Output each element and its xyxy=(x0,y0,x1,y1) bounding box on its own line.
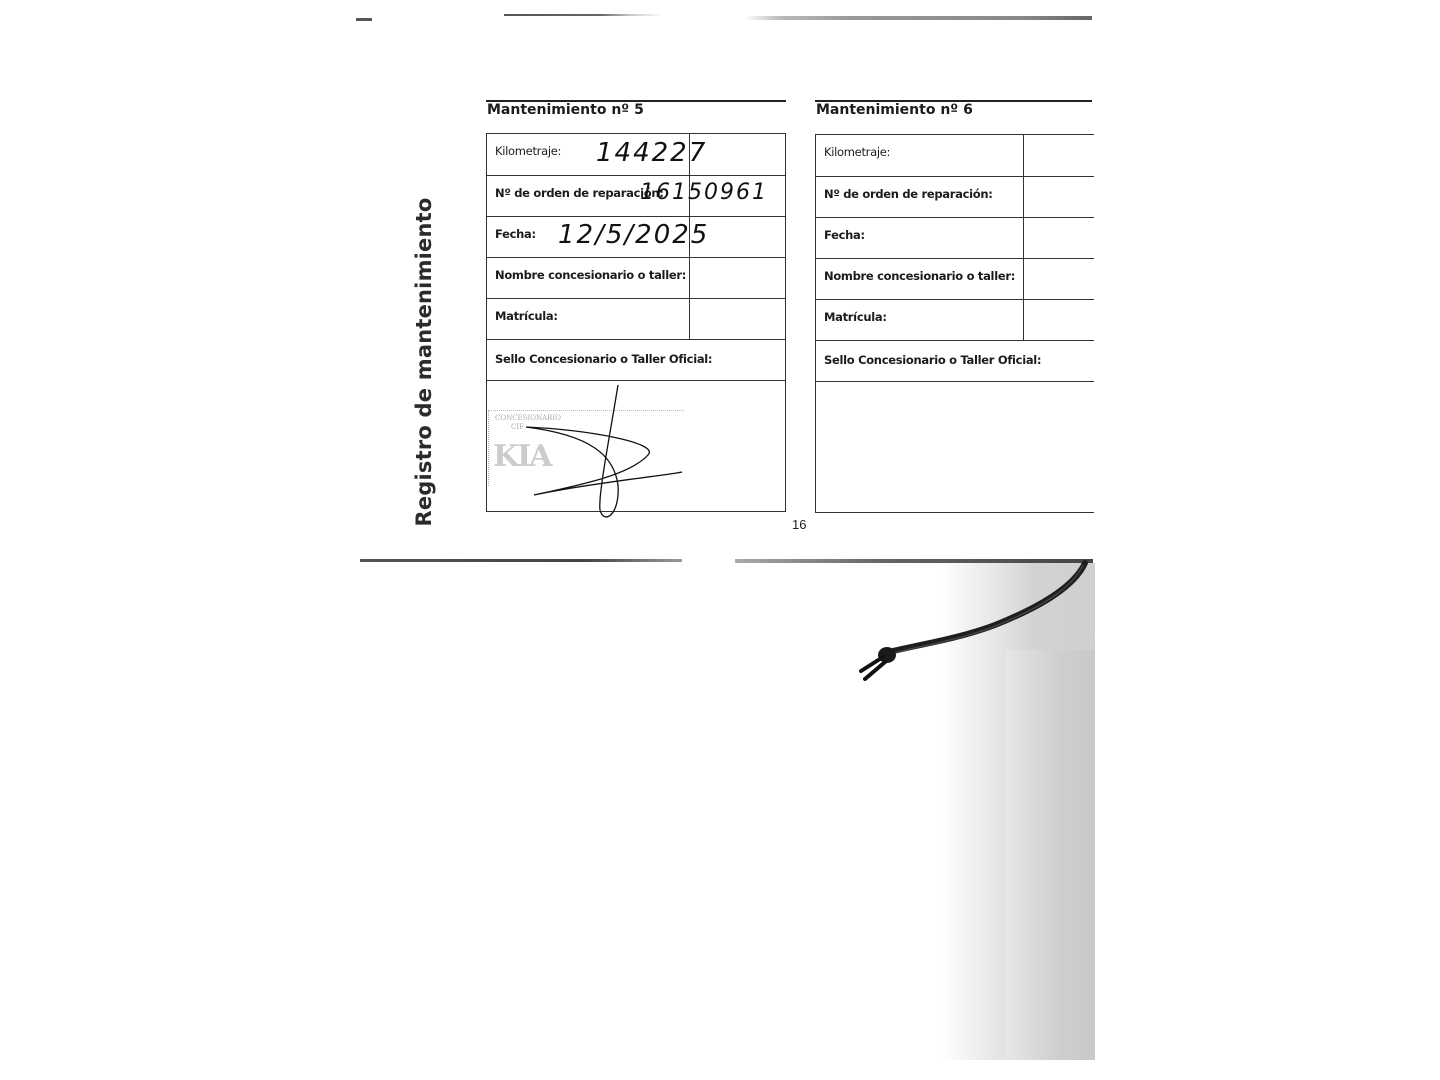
side-heading: Registro de mantenimiento xyxy=(412,197,436,526)
field-label: Nº de orden de reparación: xyxy=(495,186,664,200)
scan-shadow-strip xyxy=(1005,650,1095,1060)
field-kilometraje: Kilometraje: xyxy=(816,135,1105,177)
page-number: 16 xyxy=(792,517,806,532)
field-matricula: Matrícula: xyxy=(487,299,785,340)
scan-edge-top-right xyxy=(745,16,1092,20)
card-5-title: Mantenimiento nº 5 xyxy=(487,102,644,118)
cord-image xyxy=(845,555,1095,695)
card-6-form: Kilometraje: Nº de orden de reparación: … xyxy=(815,134,1105,513)
field-label: Sello Concesionario o Taller Oficial: xyxy=(495,352,712,366)
field-sello-label: Sello Concesionario o Taller Oficial: xyxy=(816,341,1105,382)
field-fecha: Fecha: xyxy=(816,218,1105,259)
column-divider xyxy=(1023,218,1024,259)
page-crop-mask xyxy=(1094,90,1440,560)
field-label: Fecha: xyxy=(824,228,865,242)
signature xyxy=(480,375,800,525)
handwritten-fecha: 12/5/2025 xyxy=(558,220,709,250)
field-label: Nº de orden de reparación: xyxy=(824,187,993,201)
column-divider xyxy=(1023,135,1024,177)
field-label: Sello Concesionario o Taller Oficial: xyxy=(824,353,1041,367)
field-nombre-concesionario: Nombre concesionario o taller: xyxy=(487,258,785,299)
handwritten-kilometraje: 144227 xyxy=(596,138,707,168)
field-label: Fecha: xyxy=(495,227,536,241)
field-matricula: Matrícula: xyxy=(816,300,1105,341)
card-6-title: Mantenimiento nº 6 xyxy=(816,102,973,118)
scan-edge-top-left xyxy=(504,14,664,16)
field-nombre-concesionario: Nombre concesionario o taller: xyxy=(816,259,1105,300)
field-label: Kilometraje: xyxy=(495,144,561,158)
field-label: Nombre concesionario o taller: xyxy=(824,269,1015,283)
column-divider xyxy=(1023,177,1024,218)
field-label: Matrícula: xyxy=(824,310,887,324)
column-divider xyxy=(1023,259,1024,300)
field-orden-reparacion: Nº de orden de reparación: xyxy=(816,177,1105,218)
scan-edge-bottom-left xyxy=(360,559,682,562)
field-label: Matrícula: xyxy=(495,309,558,323)
field-label: Nombre concesionario o taller: xyxy=(495,268,686,282)
column-divider xyxy=(1023,300,1024,341)
field-label: Kilometraje: xyxy=(824,145,890,159)
column-divider xyxy=(689,299,690,340)
handwritten-orden: 16150961 xyxy=(640,180,768,205)
column-divider xyxy=(689,258,690,299)
scan-mark xyxy=(356,18,372,21)
